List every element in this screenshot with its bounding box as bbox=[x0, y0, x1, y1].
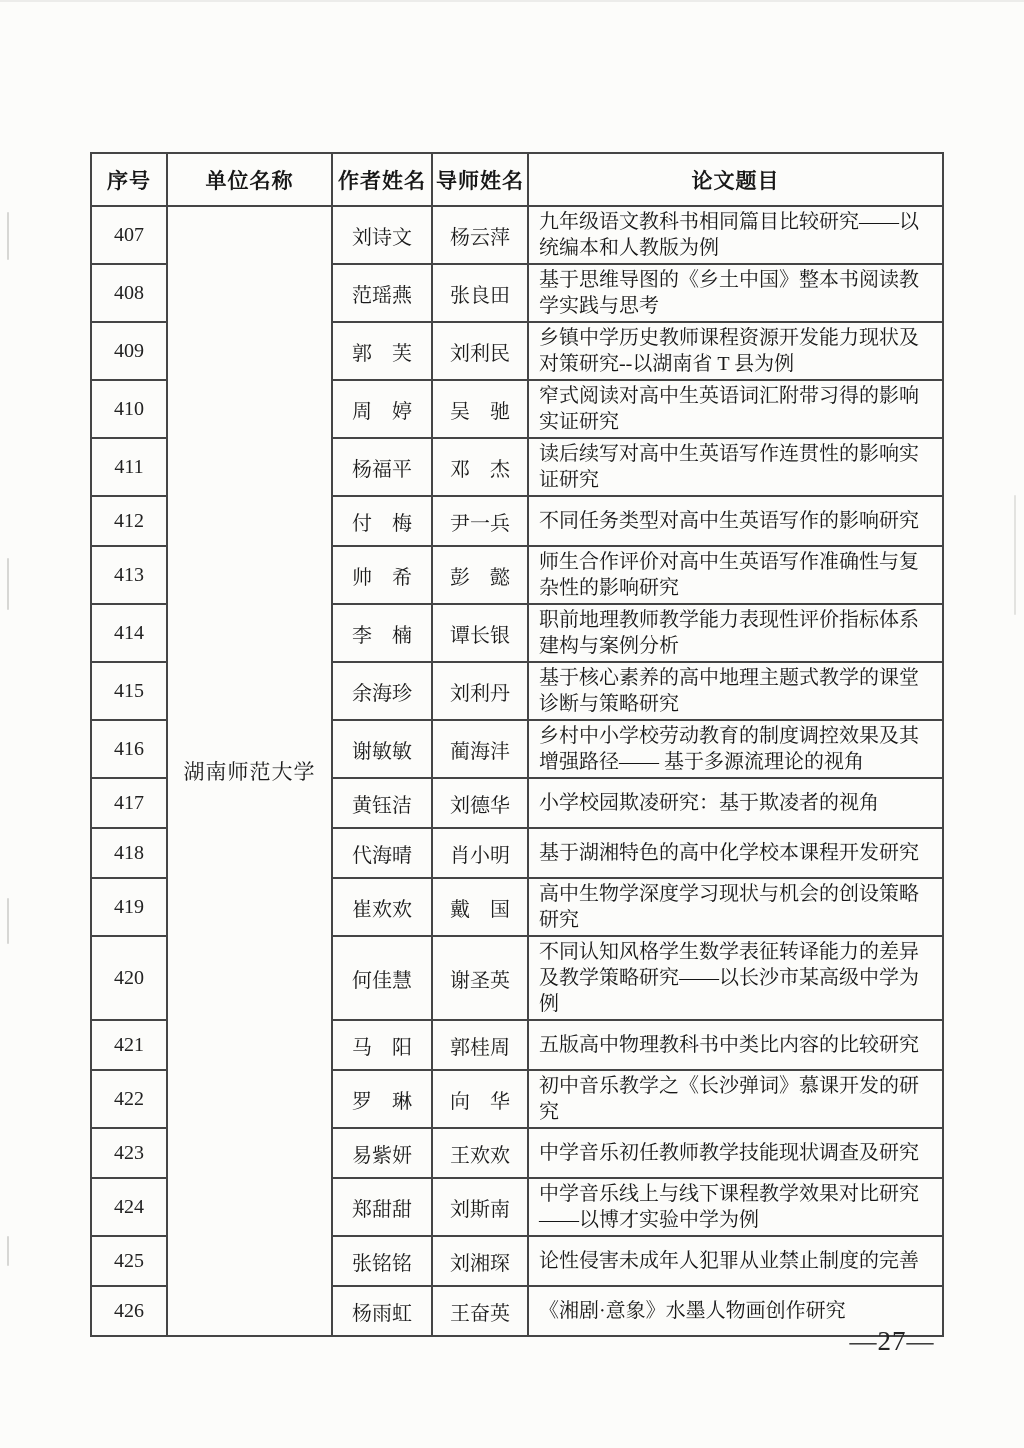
document-page: 序号 单位名称 作者姓名 导师姓名 论文题目 407湖南师范大学刘诗文杨云萍九年… bbox=[0, 0, 1024, 1448]
serial-cell: 423 bbox=[91, 1128, 167, 1178]
advisor-cell: 谭长银 bbox=[432, 604, 528, 662]
scan-artifact bbox=[1014, 495, 1016, 615]
table-header-row: 序号 单位名称 作者姓名 导师姓名 论文题目 bbox=[91, 153, 943, 206]
thesis-title-cell: 高中生物学深度学习现状与机会的创设策略研究 bbox=[528, 878, 943, 936]
col-header-title: 论文题目 bbox=[528, 153, 943, 206]
author-cell: 郭 芙 bbox=[332, 322, 432, 380]
advisor-cell: 邓 杰 bbox=[432, 438, 528, 496]
advisor-cell: 王奋英 bbox=[432, 1286, 528, 1336]
col-header-advisor: 导师姓名 bbox=[432, 153, 528, 206]
author-cell: 刘诗文 bbox=[332, 206, 432, 264]
advisor-cell: 刘利丹 bbox=[432, 662, 528, 720]
col-header-author: 作者姓名 bbox=[332, 153, 432, 206]
serial-cell: 425 bbox=[91, 1236, 167, 1286]
advisor-cell: 王欢欢 bbox=[432, 1128, 528, 1178]
serial-cell: 409 bbox=[91, 322, 167, 380]
serial-cell: 416 bbox=[91, 720, 167, 778]
page-number: —27— bbox=[832, 1326, 952, 1357]
scan-artifact bbox=[7, 212, 9, 260]
author-cell: 余海珍 bbox=[332, 662, 432, 720]
serial-cell: 415 bbox=[91, 662, 167, 720]
advisor-cell: 彭 懿 bbox=[432, 546, 528, 604]
author-cell: 罗 琳 bbox=[332, 1070, 432, 1128]
advisor-cell: 张良田 bbox=[432, 264, 528, 322]
thesis-title-cell: 师生合作评价对高中生英语写作准确性与复杂性的影响研究 bbox=[528, 546, 943, 604]
thesis-title-cell: 乡镇中学历史教师课程资源开发能力现状及对策研究--以湖南省 T 县为例 bbox=[528, 322, 943, 380]
thesis-title-cell: 不同认知风格学生数学表征转译能力的差异及教学策略研究——以长沙市某高级中学为例 bbox=[528, 936, 943, 1020]
author-cell: 帅 希 bbox=[332, 546, 432, 604]
author-cell: 何佳慧 bbox=[332, 936, 432, 1020]
advisor-cell: 刘德华 bbox=[432, 778, 528, 828]
advisor-cell: 戴 国 bbox=[432, 878, 528, 936]
thesis-title-cell: 初中音乐教学之《长沙弹词》慕课开发的研究 bbox=[528, 1070, 943, 1128]
serial-cell: 421 bbox=[91, 1020, 167, 1070]
author-cell: 周 婷 bbox=[332, 380, 432, 438]
thesis-title-cell: 基于思维导图的《乡土中国》整本书阅读教学实践与思考 bbox=[528, 264, 943, 322]
advisor-cell: 刘利民 bbox=[432, 322, 528, 380]
thesis-table: 序号 单位名称 作者姓名 导师姓名 论文题目 407湖南师范大学刘诗文杨云萍九年… bbox=[90, 152, 944, 1337]
thesis-title-cell: 窄式阅读对高中生英语词汇附带习得的影响实证研究 bbox=[528, 380, 943, 438]
author-cell: 马 阳 bbox=[332, 1020, 432, 1070]
thesis-title-cell: 小学校园欺凌研究：基于欺凌者的视角 bbox=[528, 778, 943, 828]
serial-cell: 419 bbox=[91, 878, 167, 936]
advisor-cell: 尹一兵 bbox=[432, 496, 528, 546]
serial-cell: 417 bbox=[91, 778, 167, 828]
advisor-cell: 吴 驰 bbox=[432, 380, 528, 438]
scan-edge-artifact bbox=[0, 0, 1024, 2]
thesis-title-cell: 中学音乐线上与线下课程教学效果对比研究——以博才实验中学为例 bbox=[528, 1178, 943, 1236]
author-cell: 代海晴 bbox=[332, 828, 432, 878]
author-cell: 黄钰洁 bbox=[332, 778, 432, 828]
serial-cell: 424 bbox=[91, 1178, 167, 1236]
thesis-title-cell: 五版高中物理教科书中类比内容的比较研究 bbox=[528, 1020, 943, 1070]
serial-cell: 414 bbox=[91, 604, 167, 662]
serial-cell: 420 bbox=[91, 936, 167, 1020]
author-cell: 崔欢欢 bbox=[332, 878, 432, 936]
author-cell: 易紫妍 bbox=[332, 1128, 432, 1178]
scan-artifact bbox=[7, 558, 9, 610]
thesis-title-cell: 职前地理教师教学能力表现性评价指标体系建构与案例分析 bbox=[528, 604, 943, 662]
advisor-cell: 郭桂周 bbox=[432, 1020, 528, 1070]
advisor-cell: 刘斯南 bbox=[432, 1178, 528, 1236]
thesis-title-cell: 乡村中小学校劳动教育的制度调控效果及其增强路径—— 基于多源流理论的视角 bbox=[528, 720, 943, 778]
advisor-cell: 刘湘琛 bbox=[432, 1236, 528, 1286]
thesis-title-cell: 读后续写对高中生英语写作连贯性的影响实证研究 bbox=[528, 438, 943, 496]
thesis-title-cell: 基于核心素养的高中地理主题式教学的课堂诊断与策略研究 bbox=[528, 662, 943, 720]
col-header-serial: 序号 bbox=[91, 153, 167, 206]
author-cell: 付 梅 bbox=[332, 496, 432, 546]
thesis-title-cell: 九年级语文教科书相同篇目比较研究——以统编本和人教版为例 bbox=[528, 206, 943, 264]
thesis-title-cell: 基于湖湘特色的高中化学校本课程开发研究 bbox=[528, 828, 943, 878]
col-header-unit: 单位名称 bbox=[167, 153, 332, 206]
scan-artifact bbox=[7, 898, 9, 944]
serial-cell: 426 bbox=[91, 1286, 167, 1336]
advisor-cell: 蔺海沣 bbox=[432, 720, 528, 778]
unit-name-cell: 湖南师范大学 bbox=[167, 206, 332, 1336]
table-body: 407湖南师范大学刘诗文杨云萍九年级语文教科书相同篇目比较研究——以统编本和人教… bbox=[91, 206, 943, 1336]
thesis-title-cell: 中学音乐初任教师教学技能现状调查及研究 bbox=[528, 1128, 943, 1178]
serial-cell: 411 bbox=[91, 438, 167, 496]
serial-cell: 422 bbox=[91, 1070, 167, 1128]
table-row: 407湖南师范大学刘诗文杨云萍九年级语文教科书相同篇目比较研究——以统编本和人教… bbox=[91, 206, 943, 264]
serial-cell: 413 bbox=[91, 546, 167, 604]
serial-cell: 410 bbox=[91, 380, 167, 438]
serial-cell: 418 bbox=[91, 828, 167, 878]
advisor-cell: 向 华 bbox=[432, 1070, 528, 1128]
author-cell: 郑甜甜 bbox=[332, 1178, 432, 1236]
advisor-cell: 谢圣英 bbox=[432, 936, 528, 1020]
thesis-title-cell: 不同任务类型对高中生英语写作的影响研究 bbox=[528, 496, 943, 546]
author-cell: 张铭铭 bbox=[332, 1236, 432, 1286]
author-cell: 李 楠 bbox=[332, 604, 432, 662]
advisor-cell: 肖小明 bbox=[432, 828, 528, 878]
author-cell: 谢敏敏 bbox=[332, 720, 432, 778]
thesis-title-cell: 论性侵害未成年人犯罪从业禁止制度的完善 bbox=[528, 1236, 943, 1286]
advisor-cell: 杨云萍 bbox=[432, 206, 528, 264]
author-cell: 杨雨虹 bbox=[332, 1286, 432, 1336]
author-cell: 范瑶燕 bbox=[332, 264, 432, 322]
serial-cell: 412 bbox=[91, 496, 167, 546]
author-cell: 杨福平 bbox=[332, 438, 432, 496]
serial-cell: 407 bbox=[91, 206, 167, 264]
serial-cell: 408 bbox=[91, 264, 167, 322]
scan-artifact bbox=[7, 1236, 9, 1266]
